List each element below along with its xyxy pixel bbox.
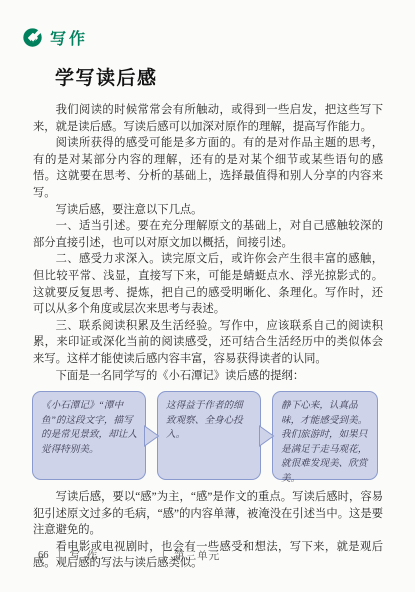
outline-box-3: 静下心来，认真品味，才能感受到美。我们旅游时，如果只是满足于走马观花，就很难发现… [272, 391, 378, 480]
footer-divider [59, 549, 60, 563]
page-title: 学写读后感 [55, 63, 158, 90]
section-header: 写作 [22, 26, 88, 49]
page-number: 66 [38, 550, 49, 561]
footer-divider [163, 549, 164, 563]
body-paragraph: 我们阅读的时候常常会有所触动，或得到一些启发，把这些写下来，就是读后感。写读后感… [33, 102, 383, 135]
outline-box-3-text: 静下心来，认真品味，才能感受到美。我们旅游时，如果只是满足于走马观花，就很难发现… [281, 400, 367, 484]
writing-section-icon [22, 27, 43, 48]
body-paragraph: 阅读所获得的感受可能是多方面的。有的是对作品主题的思考，有的是对某部分内容的理解… [33, 135, 383, 201]
section-label: 写作 [50, 26, 88, 49]
textbook-page: 写作 学写读后感 我们阅读的时候常常会有所触动，或得到一些启发，把这些写下来，就… [0, 0, 415, 592]
outline-box-2-text: 这得益于作者的细致观察、全身心投入。 [166, 400, 243, 440]
body-paragraph: 一、适当引述。要在充分理解原文的基础上，对自己感触较深的部分直接引述，也可以对原… [33, 218, 383, 251]
outline-box-1-text: 《小石潭记》“潭中鱼”的这段文字，描写的是常见景致，却让人觉得特别美。 [41, 400, 137, 455]
footer-unit-label: 第三单元 [174, 548, 220, 563]
outline-box-2: 这得益于作者的细致观察、全身心投入。 [157, 391, 261, 480]
body-paragraph: 下面是一名同学写的《小石潭记》读后感的提纲： [33, 368, 383, 385]
body-paragraph: 写读后感，要以“感”为主，“感”是作文的重点。写读后感时，容易犯引述原文过多的毛… [33, 489, 383, 539]
footer-section-label: 写 作 [70, 548, 100, 563]
body-paragraph: 二、感受力求深入。读完原文后，或许你会产生很丰富的感触，但比较平常、浅显，直接写… [33, 251, 383, 317]
outline-box-1: 《小石潭记》“潭中鱼”的这段文字，描写的是常见景致，却让人觉得特别美。 [32, 391, 146, 480]
body-paragraph: 三、联系阅读积累及生活经验。写作中，应该联系自己的阅读积累，来印证或深化当前的阅… [33, 318, 383, 368]
page-footer: 66 写 作 第三单元 [38, 548, 220, 563]
outline-flow: 《小石潭记》“潭中鱼”的这段文字，描写的是常见景致，却让人觉得特别美。 这得益于… [32, 391, 384, 480]
body-content: 我们阅读的时候常常会有所触动，或得到一些启发，把这些写下来，就是读后感。写读后感… [33, 102, 383, 572]
arrow-right-icon [143, 424, 160, 448]
arrow-right-icon [258, 424, 275, 448]
body-paragraph: 写读后感，要注意以下几点。 [33, 202, 383, 219]
